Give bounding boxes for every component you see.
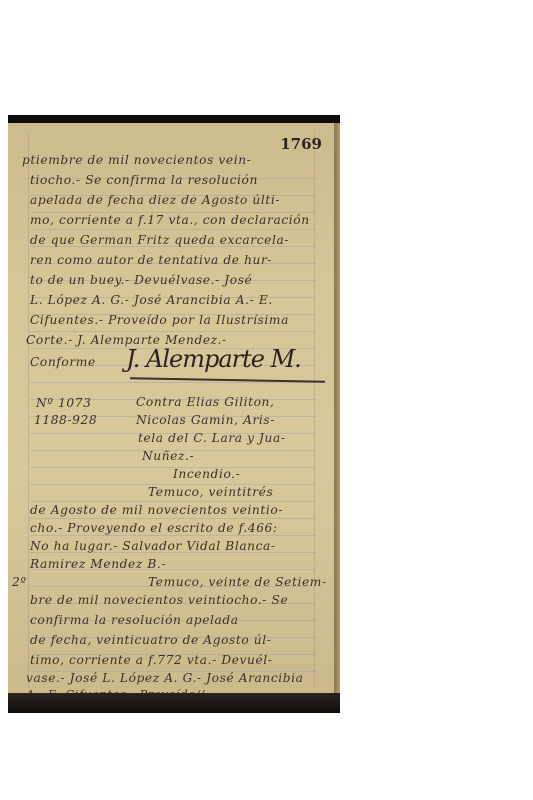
text-line: de que German Fritz queda excarcela- <box>30 233 289 247</box>
case-parties-line: Nuñez.- <box>142 449 194 463</box>
conforme-label: Conforme <box>30 355 96 369</box>
case-body-line: de Agosto de mil novecientos veintio- <box>30 503 283 517</box>
entry-line: vase.- José L. López A. G.- José Arancib… <box>26 671 304 685</box>
case-body-line: cho.- Proveyendo el escrito de f.466: <box>30 521 278 535</box>
case-subject: Incendio.- <box>173 467 240 481</box>
text-line: mo, corriente a f.17 vta., con declaraci… <box>30 213 310 227</box>
text-line: Cifuentes.- Proveído por la Ilustrísima <box>30 313 289 327</box>
rule-line <box>30 518 316 519</box>
ledger-page: 1769 ptiembre de mil novecientos vein- t… <box>8 123 334 698</box>
entry-line: timo, corriente a f.772 vta.- Devuél- <box>30 653 273 667</box>
rule-line <box>30 535 316 536</box>
text-line: ren como autor de tentativa de hur- <box>30 253 272 267</box>
rule-line <box>30 331 316 332</box>
rule-line <box>30 501 316 502</box>
entry-line: confirma la resolución apelada <box>30 613 239 627</box>
entry-marker: 2º <box>12 575 27 589</box>
page-edge <box>334 123 340 703</box>
entry-line: bre de mil novecientos veintiocho.- Se <box>30 593 288 607</box>
rule-line <box>30 229 316 230</box>
entry-line: de fecha, veinticuatro de Agosto úl- <box>30 633 271 647</box>
case-body-line: Ramirez Mendez B.- <box>30 557 166 571</box>
document-photo: 1769 ptiembre de mil novecientos vein- t… <box>8 115 340 713</box>
case-number: Nº 1073 <box>36 396 92 410</box>
case-parties-line: tela del C. Lara y Jua- <box>138 431 286 445</box>
text-line: apelada de fecha diez de Agosto últi- <box>30 193 280 207</box>
signature: J. Alemparte M. <box>126 345 301 373</box>
case-parties-line: Nicolas Gamin, Aris- <box>136 413 275 427</box>
text-line: to de un buey.- Devuélvase.- José <box>30 273 252 287</box>
case-reference: 1188-928 <box>34 413 97 427</box>
case-body-line: No ha lugar.- Salvador Vidal Blanca- <box>30 539 276 553</box>
page-number: 1769 <box>280 135 322 153</box>
text-line: tiocho.- Se confirma la resolución <box>30 173 258 187</box>
entry-line: Temuco, veinte de Setiem- <box>148 575 327 589</box>
bottom-border <box>8 693 340 713</box>
margin-line-right <box>314 133 315 688</box>
case-parties-line: Contra Elias Giliton, <box>136 395 274 409</box>
rule-line <box>30 382 316 383</box>
text-line: L. López A. G.- José Arancibia A.- E. <box>30 293 273 307</box>
margin-line-left <box>28 133 29 688</box>
text-line: ptiembre de mil novecientos vein- <box>22 153 251 167</box>
case-body-line: Temuco, veintitrés <box>148 485 273 499</box>
